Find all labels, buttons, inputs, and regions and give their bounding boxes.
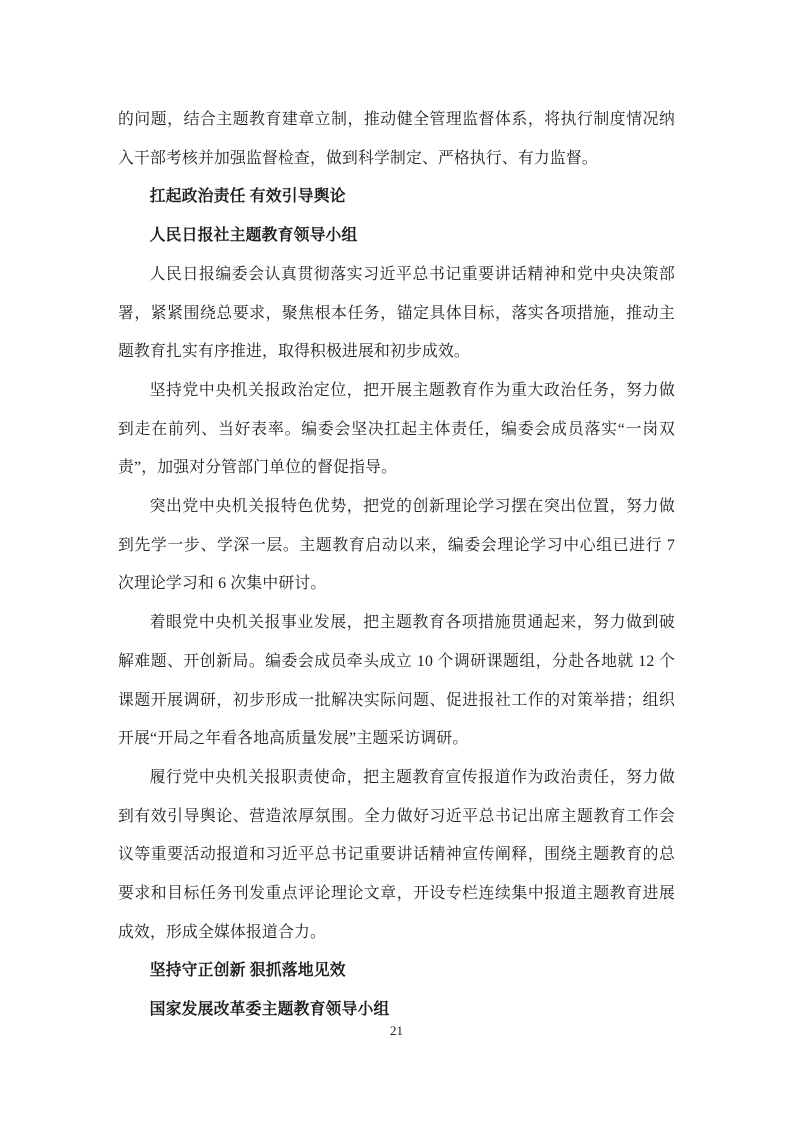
section-heading: 扛起政治责任 有效引导舆论 [118,178,675,217]
paragraph: 坚持党中央机关报政治定位，把开展主题教育作为重大政治任务，努力做到走在前列、当好… [118,372,675,488]
paragraph: 履行党中央机关报职责使命，把主题教育宣传报道作为政治责任，努力做到有效引导舆论、… [118,759,675,953]
paragraph: 人民日报编委会认真贯彻落实习近平总书记重要讲话精神和党中央决策部署，紧紧围绕总要… [118,256,675,372]
page-number: 21 [390,1023,403,1038]
paragraph: 的问题，结合主题教育建章立制，推动健全管理监督体系，将执行制度情况纳入干部考核并… [118,101,675,178]
section-heading: 人民日报社主题教育领导小组 [118,217,675,256]
document-page: 的问题，结合主题教育建章立制，推动健全管理监督体系，将执行制度情况纳入干部考核并… [0,0,793,1122]
section-heading: 坚持守正创新 狠抓落地见效 [118,952,675,991]
paragraph: 突出党中央机关报特色优势，把党的创新理论学习摆在突出位置，努力做到先学一步、学深… [118,488,675,604]
page-footer: 21 [0,1021,793,1041]
document-body: 的问题，结合主题教育建章立制，推动健全管理监督体系，将执行制度情况纳入干部考核并… [118,101,675,1030]
paragraph: 着眼党中央机关报事业发展，把主题教育各项措施贯通起来，努力做到破解难题、开创新局… [118,604,675,759]
